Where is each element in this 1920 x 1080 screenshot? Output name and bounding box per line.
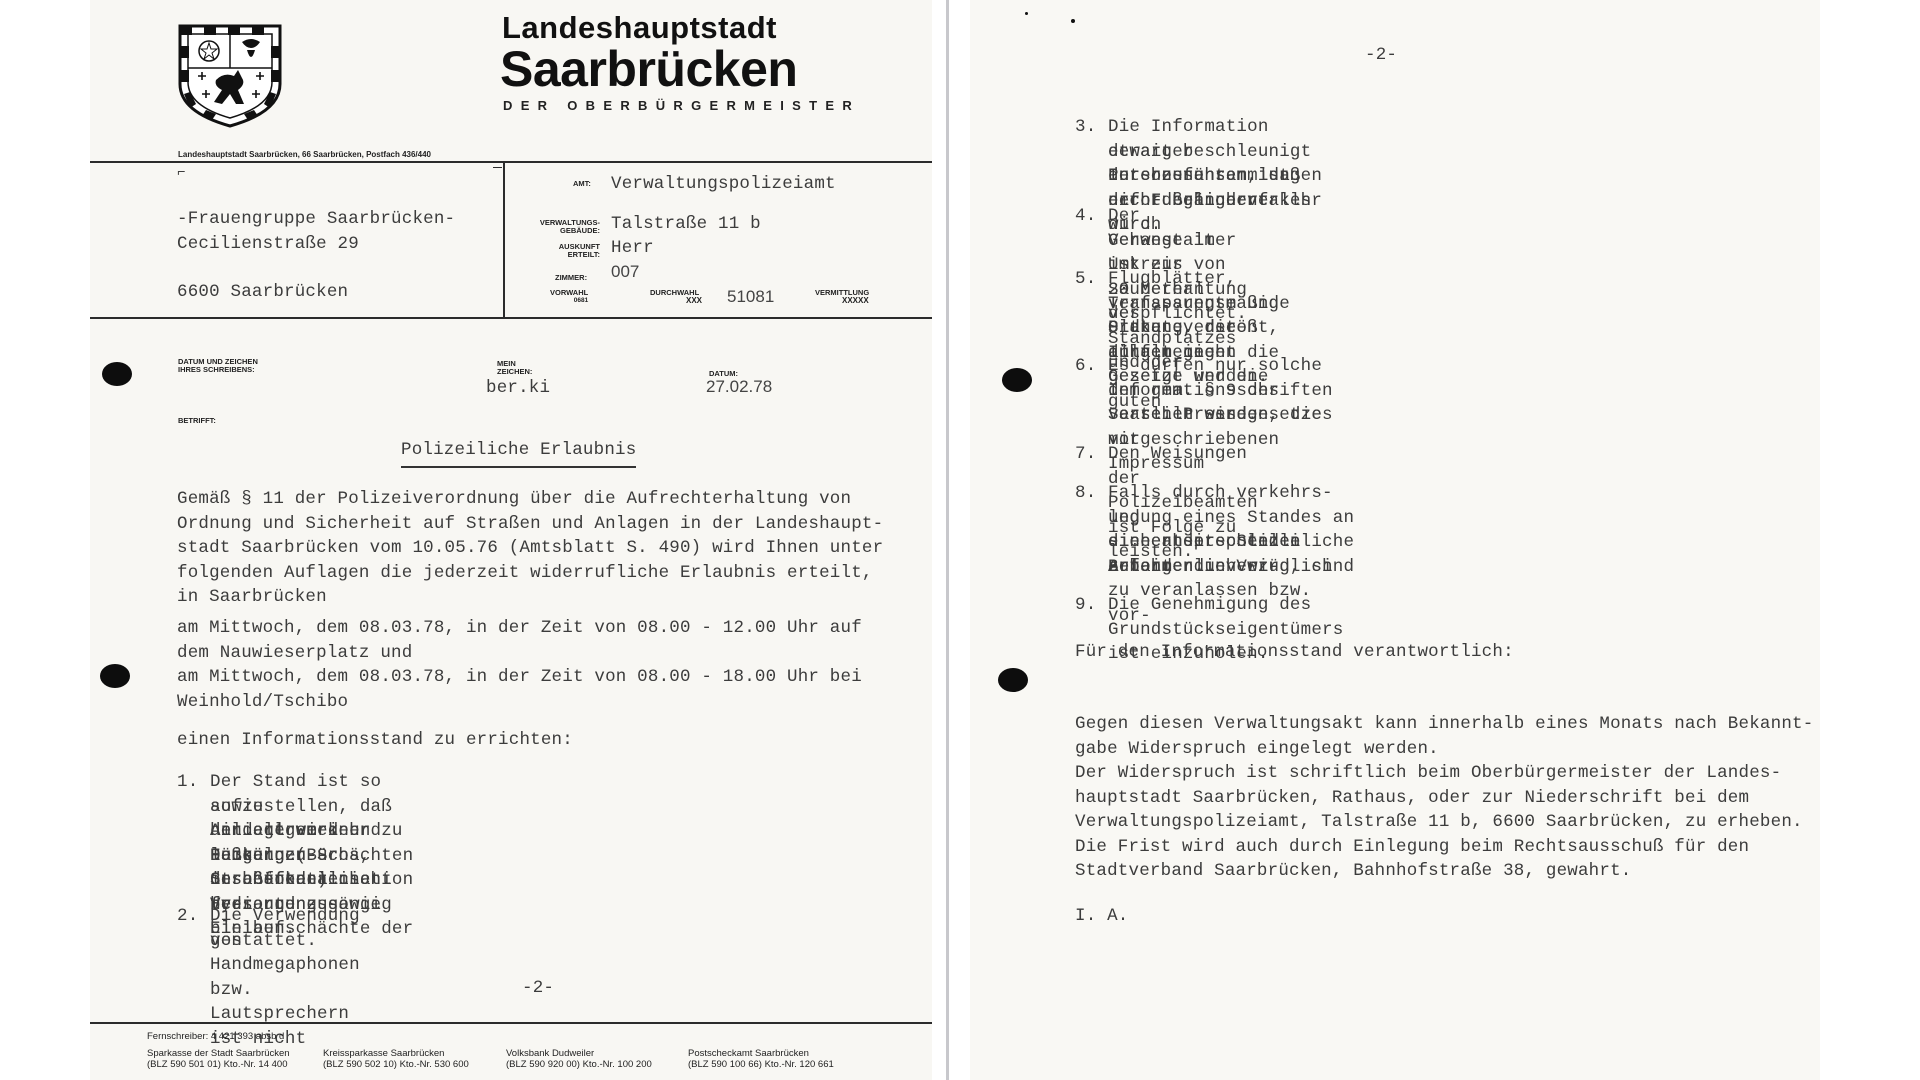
window-corner-mark: ⌐ — [177, 165, 186, 181]
punch-hole — [100, 664, 130, 688]
page-marker-2: -2- — [1365, 45, 1397, 65]
zimmer-value: 007 — [611, 262, 639, 282]
punch-hole — [102, 362, 132, 386]
fernschreiber: Fernschreiber: 4 421 393 absb d — [147, 1031, 284, 1042]
document-title: Polizeiliche Erlaubnis — [401, 440, 636, 468]
durchwahl-struck: XXX — [686, 297, 702, 305]
recipient-line-1: -Frauengruppe Saarbrücken- — [177, 209, 455, 229]
recipient-line-3: 6600 Saarbrücken — [177, 282, 348, 302]
bank-1: Sparkasse der Stadt Saarbrücken(BLZ 590 … — [147, 1048, 290, 1070]
responsible-line: Für den Informationsstand verantwortlich… — [1075, 642, 1514, 662]
return-address: Landeshauptstadt Saarbrücken, 66 Saarbrü… — [178, 150, 431, 159]
fold-mark — [493, 167, 502, 168]
letterhead-office: DER OBERBÜRGERMEISTER — [503, 98, 860, 113]
coat-of-arms-icon — [176, 20, 284, 128]
vorwahl-label: VORWAHL0681 — [550, 289, 588, 305]
bank-4: Postscheckamt Saarbrücken(BLZ 590 100 66… — [688, 1048, 834, 1070]
header-rule — [90, 161, 932, 163]
schedule-paragraph: am Mittwoch, dem 08.03.78, in der Zeit v… — [177, 616, 862, 714]
gebaeude-label: VERWALTUNGS-GEBÄUDE: — [520, 219, 600, 235]
address-rule — [90, 317, 932, 319]
amt-label: AMT: — [573, 180, 591, 188]
punch-hole — [998, 668, 1028, 692]
ihr-zeichen-label: DATUM UND ZEICHENIHRES SCHREIBENS: — [178, 358, 258, 374]
letter-page-2: -2- 3. Die Information etwaiger Interess… — [970, 0, 1820, 1080]
signature-ia: I. A. — [1075, 906, 1129, 926]
purpose-line: einen Informationsstand zu errichten: — [177, 730, 573, 750]
speck — [1025, 12, 1028, 15]
amt-value: Verwaltungspolizeiamt — [611, 174, 836, 194]
letter-page-1: Landeshauptstadt Saarbrücken DER OBERBÜR… — [90, 0, 932, 1080]
bank-3: Volksbank Dudweiler(BLZ 590 920 00) Kto.… — [506, 1048, 652, 1070]
auskunft-value: Herr — [611, 238, 654, 258]
mein-zeichen-label: MEINZEICHEN: — [497, 360, 532, 376]
page-gap-line — [946, 0, 949, 1080]
speck — [1071, 19, 1075, 23]
recipient-line-2: Cecilienstraße 29 — [177, 234, 359, 254]
durchwahl-value: 51081 — [727, 287, 774, 307]
bank-2: Kreissparkasse Saarbrücken(BLZ 590 502 1… — [323, 1048, 469, 1070]
auskunft-label: AUSKUNFTERTEILT: — [520, 243, 600, 259]
footer-rule — [90, 1022, 932, 1024]
letterhead-city-line2: Saarbrücken — [500, 40, 797, 98]
punch-hole — [1002, 368, 1032, 392]
datum-value: 27.02.78 — [706, 377, 772, 397]
zimmer-label: ZIMMER: — [555, 274, 587, 282]
gebaeude-value: Talstraße 11 b — [611, 214, 761, 234]
mein-zeichen-value: ber.ki — [486, 378, 550, 398]
appeal-paragraph: Gegen diesen Verwaltungsakt kann innerha… — [1075, 712, 1813, 884]
betrifft-label: BETRIFFT: — [178, 417, 216, 425]
address-divider — [503, 161, 505, 319]
intro-paragraph: Gemäß § 11 der Polizeiverordnung über di… — [177, 487, 883, 610]
page-marker: -2- — [522, 978, 554, 998]
vermittlung-value: XXXXX — [842, 297, 869, 305]
